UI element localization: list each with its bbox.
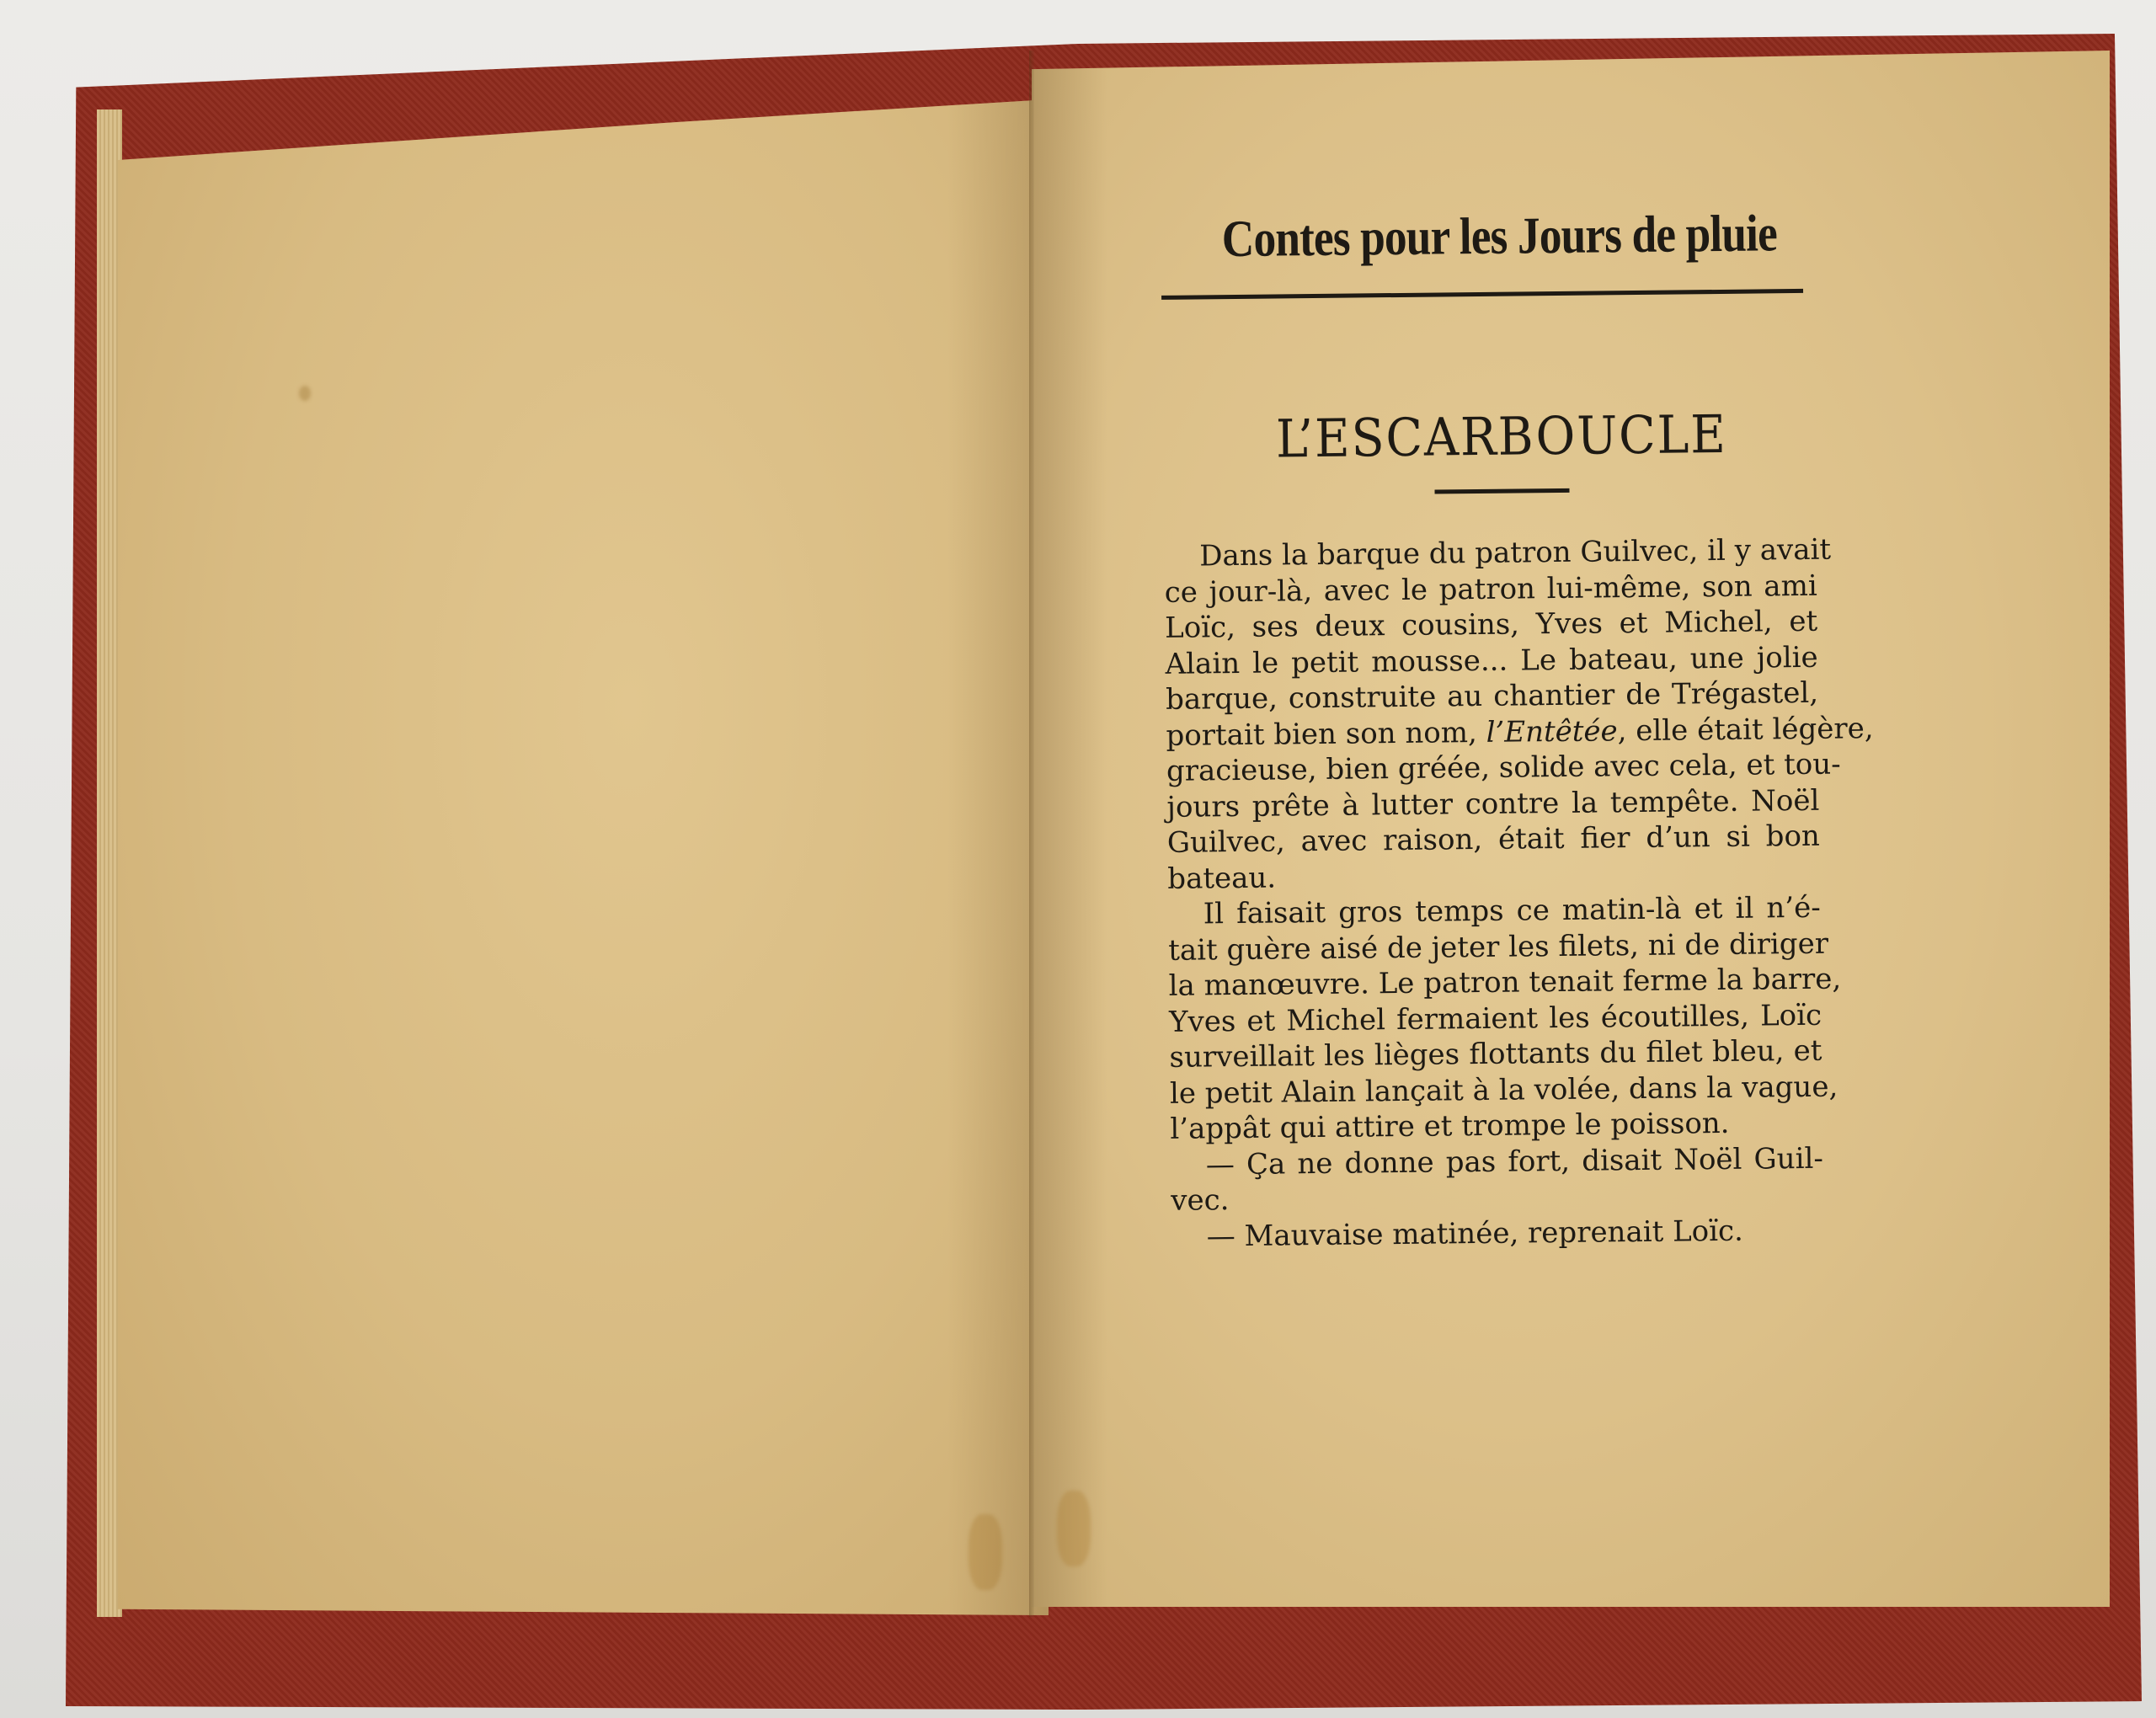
text-line: barque, construite au chantier de Trégas… (1166, 675, 1818, 718)
paper-stain (1057, 1491, 1091, 1566)
left-page-blank (118, 99, 1049, 1615)
text-line: surveillait les lièges flottants du file… (1169, 1033, 1822, 1076)
chapter-title: L’ESCARBOUCLE (1183, 403, 1819, 471)
text-line: l’appât qui attire et trompe le poisson. (1170, 1105, 1822, 1148)
text-line: Dans la barque du patron Guilvec, il y a… (1164, 532, 1817, 575)
text-line: la manœuvre. Le patron tenait ferme la b… (1168, 962, 1821, 1005)
title-rule (1434, 488, 1569, 494)
boat-name-italic: l’Entêtée (1486, 714, 1618, 750)
text-segment: , elle était légère, (1617, 712, 1873, 748)
text-line: gracieuse, bien gréée, solide avec cela,… (1166, 747, 1819, 790)
text-line: Il faisait gros temps ce matin-là et il … (1168, 890, 1821, 933)
paper-stain (969, 1514, 1002, 1590)
header-rule (1161, 289, 1803, 300)
text-line: Loïc, ses deux cousins, Yves et Michel, … (1165, 604, 1817, 647)
text-segment: portait bien son nom, (1166, 715, 1486, 752)
text-line: Guilvec, avec raison, était fier d’un si… (1167, 819, 1820, 862)
paper-stain (299, 386, 311, 401)
running-head: Contes pour les Jours de pluie (1202, 204, 1796, 269)
dialogue-line: — Mauvaise matinée, reprenait Loïc. (1171, 1212, 1824, 1255)
page-content: Contes pour les Jours de pluie L’ESCARBO… (1154, 203, 1855, 1255)
book-gutter (1029, 51, 1034, 1617)
body-text: Dans la barque du patron Guilvec, il y a… (1164, 532, 1824, 1255)
dialogue-line: — Ça ne donne pas fort, disait Noël Guil… (1171, 1140, 1823, 1183)
